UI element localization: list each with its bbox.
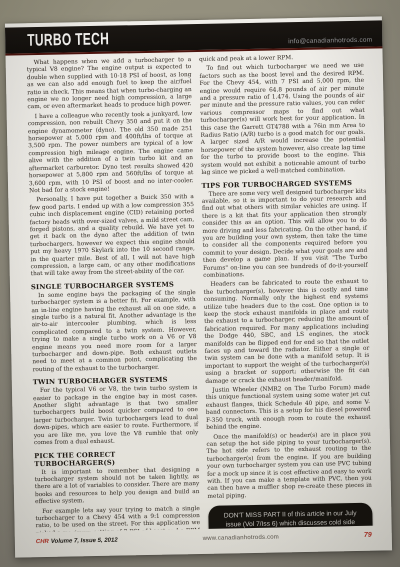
magazine-page: TURBO TECH info@canadianhotrods.com What…	[5, 16, 392, 557]
section-heading-pick-turbo: PICK THE CORRECT TURBOCHARGER(S)	[34, 449, 199, 468]
photo-background: TURBO TECH info@canadianhotrods.com What…	[0, 0, 400, 567]
article-body: What happens when we add a turbocharger …	[6, 48, 392, 532]
article-paragraph: Headers can be fabricated to route the e…	[203, 279, 369, 386]
article-paragraph: Personally, I have put together a Buick …	[29, 194, 195, 279]
article-paragraph: Justin Wheeler (NMR2 on The Turbo Forum)…	[205, 385, 370, 433]
article-paragraph: To find out which turbocharger we need w…	[199, 63, 366, 177]
footer-website: www.canadianhotrods.com	[203, 535, 279, 542]
article-paragraph: I have a colleague who recently took a j…	[28, 111, 194, 196]
right-column: quick and peak at a lower RPM. To find o…	[199, 54, 373, 529]
article-paragraph: Once the manifold(s) or header(s) are in…	[206, 431, 372, 501]
article-paragraph: What happens when we add a turbocharger …	[27, 57, 192, 112]
page-number: 79	[364, 532, 372, 539]
article-paragraph: For example lets say your trying to matc…	[35, 506, 200, 533]
page-title: TURBO TECH	[27, 29, 109, 50]
magazine-code: CHR	[36, 539, 49, 545]
left-column: What happens when we add a turbocharger …	[27, 57, 201, 532]
article-paragraph: For the typical V6 or V8, the twin turbo…	[33, 385, 199, 447]
article-paragraph: There are some very well designed turboc…	[202, 188, 368, 280]
contact-email: info@canadianhotrods.com	[288, 37, 372, 46]
issue-text: Volume 7, Issue 5, 2012	[51, 538, 118, 545]
issue-info: CHRVolume 7, Issue 5, 2012	[36, 538, 118, 546]
article-paragraph: It is important to remember that designi…	[34, 467, 199, 507]
article-paragraph: In some engine bays the packaging of the…	[31, 290, 197, 375]
